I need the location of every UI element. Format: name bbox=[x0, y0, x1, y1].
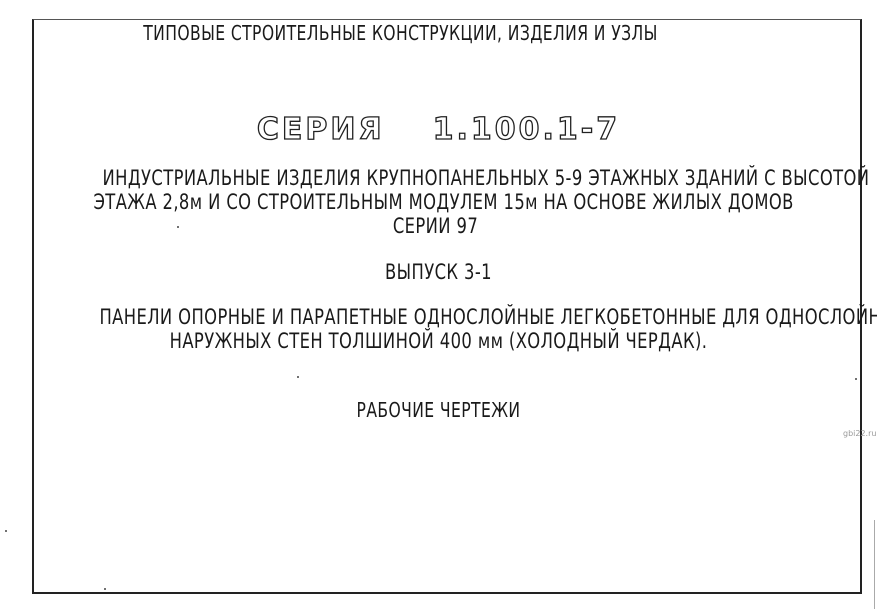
panels-description-line-2: НАРУЖНЫХ СТЕН ТОЛШИНОЙ 400 мм (ХОЛОДНЫЙ … bbox=[96, 329, 780, 353]
series-title: СЕРИЯ1.100.1-7 bbox=[0, 112, 877, 147]
speck bbox=[5, 530, 7, 532]
speck bbox=[104, 588, 106, 590]
description-line-2: ЭТАЖА 2,8м И СО СТРОИТЕЛЬНЫМ МОДУЛЕМ 15м… bbox=[93, 190, 777, 214]
series-number: 1.100.1-7 bbox=[433, 112, 621, 147]
description-line-1: ИНДУСТРИАЛЬНЫЕ ИЗДЕЛИЯ КРУПНОПАНЕЛЬНЫХ 5… bbox=[102, 166, 786, 190]
series-label: СЕРИЯ bbox=[257, 112, 385, 147]
panels-description-line-1: ПАНЕЛИ ОПОРНЫЕ И ПАРАПЕТНЫЕ ОДНОСЛОЙНЫЕ … bbox=[99, 305, 783, 329]
description-line-3: СЕРИИ 97 bbox=[93, 214, 777, 238]
document-header: ТИПОВЫЕ СТРОИТЕЛЬНЫЕ КОНСТРУКЦИИ, ИЗДЕЛИ… bbox=[58, 21, 742, 45]
scan-edge bbox=[874, 520, 875, 609]
speck bbox=[177, 226, 179, 228]
working-drawings-label: РАБОЧИЕ ЧЕРТЕЖИ bbox=[96, 398, 780, 422]
speck bbox=[297, 376, 299, 378]
speck bbox=[855, 378, 857, 380]
watermark: gbi22.ru bbox=[843, 429, 876, 438]
issue-number: ВЫПУСК 3-1 bbox=[96, 260, 780, 284]
